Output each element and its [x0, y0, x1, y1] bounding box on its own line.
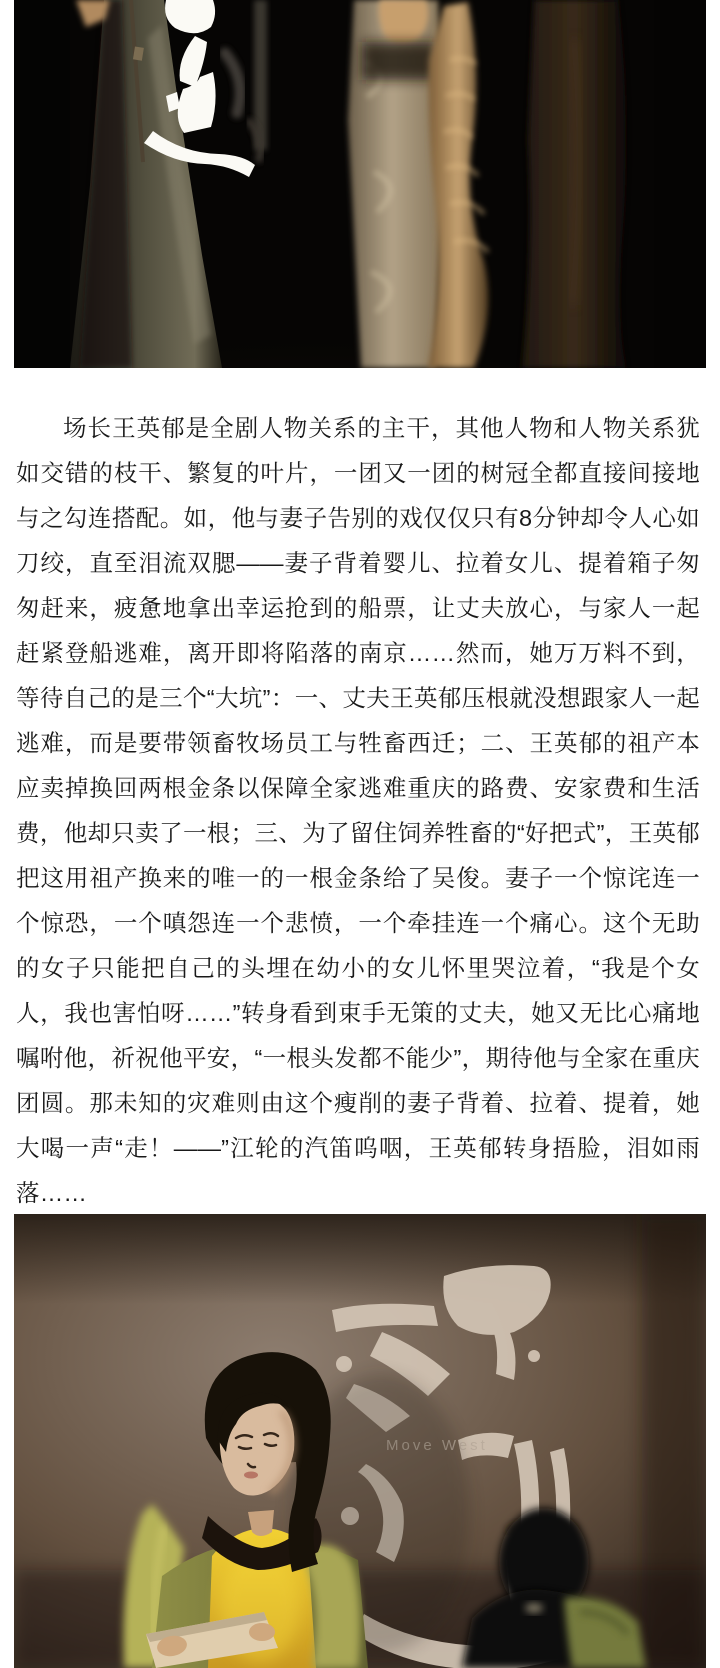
backdrop-top-shade: [14, 1214, 706, 1304]
left-darkness: [14, 0, 70, 368]
article-page: 场长王英郁是全剧人物关系的主干，其他人物和人物关系犹如交错的枝干、繁复的叶片，一…: [0, 0, 720, 1668]
right-darkness: [654, 0, 706, 368]
article-paragraph: 场长王英郁是全剧人物关系的主干，其他人物和人物关系犹如交错的枝干、繁复的叶片，一…: [16, 406, 700, 1216]
actor-dark-robe: [522, 0, 626, 368]
photo-bottom-stage-scene[interactable]: Move West: [14, 1214, 706, 1668]
photo-top-stage-scene[interactable]: [14, 0, 706, 368]
